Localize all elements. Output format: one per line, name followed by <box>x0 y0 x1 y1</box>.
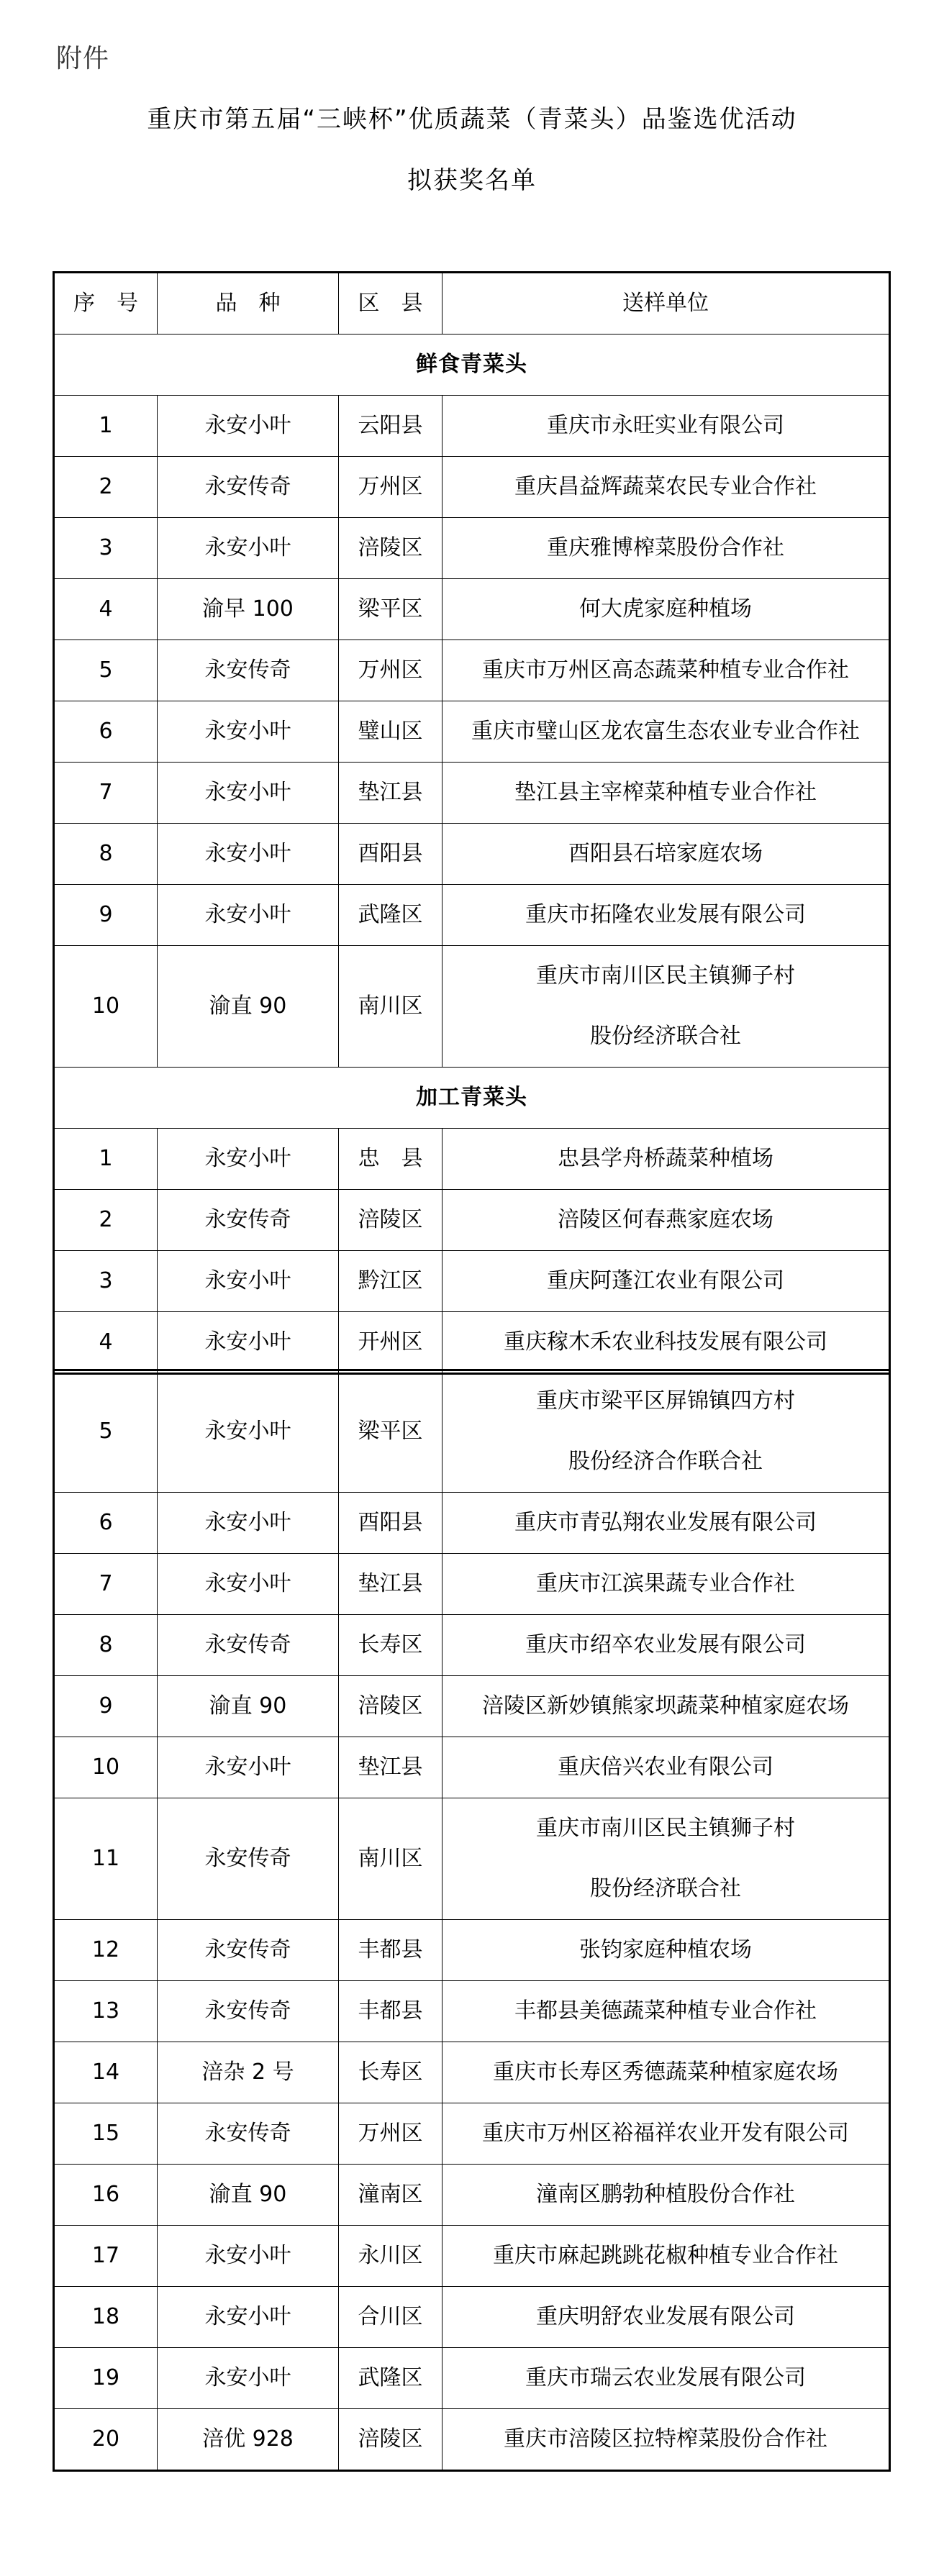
cell-variety: 永安小叶 <box>158 1251 339 1312</box>
cell-district: 长寿区 <box>339 1615 442 1676</box>
sender-unit-line: 重庆市南川区民主镇狮子村 <box>442 946 889 1006</box>
cell-sender-unit: 重庆市长寿区秀德蔬菜种植家庭农场 <box>442 2042 890 2103</box>
cell-variety: 永安传奇 <box>158 1798 339 1920</box>
cell-variety: 永安小叶 <box>158 1493 339 1554</box>
cell-variety: 永安小叶 <box>158 1737 339 1798</box>
cell-seq-no: 14 <box>54 2042 158 2103</box>
cell-variety: 永安小叶 <box>158 518 339 579</box>
cell-district: 黔江区 <box>339 1251 442 1312</box>
cell-sender-unit: 张钧家庭种植农场 <box>442 1920 890 1981</box>
sender-unit-line: 重庆雅博榨菜股份合作社 <box>442 518 889 578</box>
header-variety: 品 种 <box>158 273 339 334</box>
cell-variety: 永安传奇 <box>158 640 339 701</box>
cell-seq-no: 5 <box>54 640 158 701</box>
sender-unit-line: 重庆市绍卒农业发展有限公司 <box>442 1615 889 1675</box>
cell-sender-unit: 重庆阿蓬江农业有限公司 <box>442 1251 890 1312</box>
sender-unit-line: 重庆市青弘翔农业发展有限公司 <box>442 1493 889 1553</box>
cell-seq-no: 12 <box>54 1920 158 1981</box>
table-row: 20涪优 928涪陵区重庆市涪陵区拉特榨菜股份合作社 <box>54 2409 890 2471</box>
sender-unit-line: 股份经济联合社 <box>442 1859 889 1919</box>
cell-district: 涪陵区 <box>339 518 442 579</box>
sender-unit-line: 股份经济合作联合社 <box>442 1432 889 1492</box>
cell-seq-no: 8 <box>54 824 158 885</box>
cell-seq-no: 10 <box>54 1737 158 1798</box>
section-row: 鲜食青菜头 <box>54 334 890 396</box>
cell-sender-unit: 重庆市万州区裕福祥农业开发有限公司 <box>442 2103 890 2165</box>
table-row: 5永安传奇万州区重庆市万州区高态蔬菜种植专业合作社 <box>54 640 890 701</box>
cell-variety: 永安小叶 <box>158 1554 339 1615</box>
cell-seq-no: 16 <box>54 2165 158 2226</box>
cell-district: 万州区 <box>339 457 442 518</box>
table-row: 9渝直 90涪陵区涪陵区新妙镇熊家坝蔬菜种植家庭农场 <box>54 1676 890 1737</box>
cell-seq-no: 9 <box>54 1676 158 1737</box>
table-row: 9永安小叶武隆区重庆市拓隆农业发展有限公司 <box>54 885 890 946</box>
cell-seq-no: 9 <box>54 885 158 946</box>
cell-district: 武隆区 <box>339 2348 442 2409</box>
cell-seq-no: 20 <box>54 2409 158 2471</box>
table-row: 6永安小叶璧山区重庆市璧山区龙农富生态农业专业合作社 <box>54 701 890 763</box>
table-row: 1永安小叶忠 县忠县学舟桥蔬菜种植场 <box>54 1129 890 1190</box>
cell-sender-unit: 重庆市瑞云农业发展有限公司 <box>442 2348 890 2409</box>
cell-sender-unit: 何大虎家庭种植场 <box>442 579 890 640</box>
cell-district: 涪陵区 <box>339 1190 442 1251</box>
section-title: 鲜食青菜头 <box>54 334 890 396</box>
table-row: 8永安传奇长寿区重庆市绍卒农业发展有限公司 <box>54 1615 890 1676</box>
cell-variety: 永安小叶 <box>158 2348 339 2409</box>
table-row: 14涪杂 2 号长寿区重庆市长寿区秀德蔬菜种植家庭农场 <box>54 2042 890 2103</box>
sender-unit-line: 重庆市拓隆农业发展有限公司 <box>442 885 889 945</box>
cell-seq-no: 11 <box>54 1798 158 1920</box>
cell-variety: 永安小叶 <box>158 1129 339 1190</box>
sender-unit-line: 重庆市梁平区屏锦镇四方村 <box>442 1371 889 1432</box>
sender-unit-line: 垫江县主宰榨菜种植专业合作社 <box>442 763 889 823</box>
cell-variety: 永安小叶 <box>158 2287 339 2348</box>
sender-unit-line: 重庆市璧山区龙农富生态农业专业合作社 <box>442 701 889 762</box>
cell-seq-no: 2 <box>54 457 158 518</box>
cell-district: 忠 县 <box>339 1129 442 1190</box>
cell-sender-unit: 涪陵区新妙镇熊家坝蔬菜种植家庭农场 <box>442 1676 890 1737</box>
cell-sender-unit: 酉阳县石培家庭农场 <box>442 824 890 885</box>
cell-sender-unit: 重庆明舒农业发展有限公司 <box>442 2287 890 2348</box>
table-row: 12永安传奇丰都县张钧家庭种植农场 <box>54 1920 890 1981</box>
cell-district: 丰都县 <box>339 1981 442 2042</box>
table-row: 18永安小叶合川区重庆明舒农业发展有限公司 <box>54 2287 890 2348</box>
cell-district: 开州区 <box>339 1312 442 1374</box>
cell-sender-unit: 重庆雅博榨菜股份合作社 <box>442 518 890 579</box>
cell-district: 长寿区 <box>339 2042 442 2103</box>
cell-district: 梁平区 <box>339 1370 442 1493</box>
sender-unit-line: 酉阳县石培家庭农场 <box>442 824 889 884</box>
sender-unit-line: 何大虎家庭种植场 <box>442 579 889 640</box>
cell-sender-unit: 涪陵区何春燕家庭农场 <box>442 1190 890 1251</box>
cell-variety: 永安小叶 <box>158 701 339 763</box>
header-seq-no: 序 号 <box>54 273 158 334</box>
cell-seq-no: 6 <box>54 1493 158 1554</box>
cell-sender-unit: 忠县学舟桥蔬菜种植场 <box>442 1129 890 1190</box>
table-row: 7永安小叶垫江县垫江县主宰榨菜种植专业合作社 <box>54 763 890 824</box>
table-row: 19永安小叶武隆区重庆市瑞云农业发展有限公司 <box>54 2348 890 2409</box>
cell-district: 南川区 <box>339 1798 442 1920</box>
cell-variety: 永安小叶 <box>158 396 339 457</box>
cell-variety: 永安小叶 <box>158 824 339 885</box>
cell-seq-no: 5 <box>54 1370 158 1493</box>
cell-district: 云阳县 <box>339 396 442 457</box>
sender-unit-line: 重庆市万州区高态蔬菜种植专业合作社 <box>442 640 889 701</box>
cell-seq-no: 7 <box>54 763 158 824</box>
table-row: 7永安小叶垫江县重庆市江滨果蔬专业合作社 <box>54 1554 890 1615</box>
sender-unit-line: 重庆市万州区裕福祥农业开发有限公司 <box>442 2103 889 2164</box>
document-subtitle: 拟获奖名单 <box>0 164 944 197</box>
sender-unit-line: 重庆市长寿区秀德蔬菜种植家庭农场 <box>442 2042 889 2103</box>
cell-seq-no: 7 <box>54 1554 158 1615</box>
document-title: 重庆市第五届“三峡杯”优质蔬菜（青菜头）品鉴选优活动 <box>0 103 944 136</box>
cell-variety: 永安传奇 <box>158 457 339 518</box>
cell-district: 涪陵区 <box>339 1676 442 1737</box>
cell-variety: 渝直 90 <box>158 1676 339 1737</box>
cell-seq-no: 10 <box>54 946 158 1068</box>
cell-variety: 永安传奇 <box>158 1981 339 2042</box>
cell-sender-unit: 重庆市绍卒农业发展有限公司 <box>442 1615 890 1676</box>
cell-variety: 渝早 100 <box>158 579 339 640</box>
attachment-label: 附件 <box>56 43 109 75</box>
cell-seq-no: 6 <box>54 701 158 763</box>
cell-sender-unit: 重庆稼木禾农业科技发展有限公司 <box>442 1312 890 1374</box>
cell-district: 万州区 <box>339 640 442 701</box>
table-row: 16渝直 90潼南区潼南区鹏勃种植股份合作社 <box>54 2165 890 2226</box>
cell-variety: 涪优 928 <box>158 2409 339 2471</box>
table-row: 10永安小叶垫江县重庆倍兴农业有限公司 <box>54 1737 890 1798</box>
sender-unit-line: 重庆明舒农业发展有限公司 <box>442 2287 889 2347</box>
cell-seq-no: 4 <box>54 1312 158 1374</box>
table-row: 4永安小叶开州区重庆稼木禾农业科技发展有限公司 <box>54 1312 890 1374</box>
cell-district: 潼南区 <box>339 2165 442 2226</box>
cell-sender-unit: 重庆市青弘翔农业发展有限公司 <box>442 1493 890 1554</box>
cell-district: 垫江县 <box>339 1554 442 1615</box>
sender-unit-line: 涪陵区何春燕家庭农场 <box>442 1190 889 1250</box>
header-district: 区 县 <box>339 273 442 334</box>
cell-sender-unit: 重庆市永旺实业有限公司 <box>442 396 890 457</box>
cell-seq-no: 1 <box>54 396 158 457</box>
cell-seq-no: 15 <box>54 2103 158 2165</box>
cell-seq-no: 13 <box>54 1981 158 2042</box>
cell-seq-no: 2 <box>54 1190 158 1251</box>
cell-seq-no: 19 <box>54 2348 158 2409</box>
cell-district: 垫江县 <box>339 763 442 824</box>
table-row: 17永安小叶永川区重庆市麻起跳跳花椒种植专业合作社 <box>54 2226 890 2287</box>
table-row: 3永安小叶涪陵区重庆雅博榨菜股份合作社 <box>54 518 890 579</box>
sender-unit-line: 张钧家庭种植农场 <box>442 1920 889 1980</box>
cell-district: 武隆区 <box>339 885 442 946</box>
table-row: 15永安传奇万州区重庆市万州区裕福祥农业开发有限公司 <box>54 2103 890 2165</box>
cell-seq-no: 4 <box>54 579 158 640</box>
award-table-part-2: 5永安小叶梁平区重庆市梁平区屏锦镇四方村股份经济合作联合社6永安小叶酉阳县重庆市… <box>53 1369 891 2472</box>
sender-unit-line: 重庆稼木禾农业科技发展有限公司 <box>442 1312 889 1373</box>
cell-sender-unit: 垫江县主宰榨菜种植专业合作社 <box>442 763 890 824</box>
section-title: 加工青菜头 <box>54 1068 890 1129</box>
cell-sender-unit: 重庆昌益辉蔬菜农民专业合作社 <box>442 457 890 518</box>
cell-variety: 永安传奇 <box>158 1615 339 1676</box>
cell-sender-unit: 重庆市南川区民主镇狮子村股份经济联合社 <box>442 946 890 1068</box>
cell-district: 永川区 <box>339 2226 442 2287</box>
cell-district: 璧山区 <box>339 701 442 763</box>
cell-variety: 永安小叶 <box>158 1312 339 1374</box>
cell-sender-unit: 重庆倍兴农业有限公司 <box>442 1737 890 1798</box>
sender-unit-line: 重庆市江滨果蔬专业合作社 <box>442 1554 889 1614</box>
sender-unit-line: 涪陵区新妙镇熊家坝蔬菜种植家庭农场 <box>442 1676 889 1737</box>
cell-seq-no: 17 <box>54 2226 158 2287</box>
cell-district: 万州区 <box>339 2103 442 2165</box>
cell-district: 南川区 <box>339 946 442 1068</box>
cell-sender-unit: 重庆市拓隆农业发展有限公司 <box>442 885 890 946</box>
cell-sender-unit: 潼南区鹏勃种植股份合作社 <box>442 2165 890 2226</box>
table-row: 1永安小叶云阳县重庆市永旺实业有限公司 <box>54 396 890 457</box>
sender-unit-line: 重庆阿蓬江农业有限公司 <box>442 1251 889 1311</box>
cell-seq-no: 3 <box>54 1251 158 1312</box>
table-row: 8永安小叶酉阳县酉阳县石培家庭农场 <box>54 824 890 885</box>
sender-unit-line: 重庆市南川区民主镇狮子村 <box>442 1798 889 1859</box>
sender-unit-line: 重庆市瑞云农业发展有限公司 <box>442 2348 889 2408</box>
header-sender-unit: 送样单位 <box>442 273 890 334</box>
cell-variety: 涪杂 2 号 <box>158 2042 339 2103</box>
sender-unit-line: 重庆昌益辉蔬菜农民专业合作社 <box>442 457 889 517</box>
table-row: 2永安传奇涪陵区涪陵区何春燕家庭农场 <box>54 1190 890 1251</box>
award-table-part-1: 序 号品 种区 县送样单位鲜食青菜头1永安小叶云阳县重庆市永旺实业有限公司2永安… <box>53 271 891 1375</box>
cell-sender-unit: 重庆市南川区民主镇狮子村股份经济联合社 <box>442 1798 890 1920</box>
cell-district: 涪陵区 <box>339 2409 442 2471</box>
cell-variety: 渝直 90 <box>158 2165 339 2226</box>
cell-variety: 永安小叶 <box>158 1370 339 1493</box>
sender-unit-line: 忠县学舟桥蔬菜种植场 <box>442 1129 889 1189</box>
table-row: 6永安小叶酉阳县重庆市青弘翔农业发展有限公司 <box>54 1493 890 1554</box>
cell-sender-unit: 重庆市麻起跳跳花椒种植专业合作社 <box>442 2226 890 2287</box>
sender-unit-line: 潼南区鹏勃种植股份合作社 <box>442 2165 889 2225</box>
cell-variety: 永安传奇 <box>158 1190 339 1251</box>
cell-sender-unit: 重庆市江滨果蔬专业合作社 <box>442 1554 890 1615</box>
cell-variety: 永安小叶 <box>158 885 339 946</box>
sender-unit-line: 重庆市永旺实业有限公司 <box>442 396 889 456</box>
sender-unit-line: 重庆市涪陵区拉特榨菜股份合作社 <box>442 2409 889 2470</box>
cell-variety: 永安小叶 <box>158 763 339 824</box>
table-row: 3永安小叶黔江区重庆阿蓬江农业有限公司 <box>54 1251 890 1312</box>
table-row: 13永安传奇丰都县丰都县美德蔬菜种植专业合作社 <box>54 1981 890 2042</box>
cell-sender-unit: 重庆市涪陵区拉特榨菜股份合作社 <box>442 2409 890 2471</box>
cell-sender-unit: 重庆市璧山区龙农富生态农业专业合作社 <box>442 701 890 763</box>
cell-district: 酉阳县 <box>339 824 442 885</box>
cell-district: 梁平区 <box>339 579 442 640</box>
sender-unit-line: 丰都县美德蔬菜种植专业合作社 <box>442 1981 889 2042</box>
cell-district: 合川区 <box>339 2287 442 2348</box>
cell-variety: 永安小叶 <box>158 2226 339 2287</box>
table-row: 10渝直 90南川区重庆市南川区民主镇狮子村股份经济联合社 <box>54 946 890 1068</box>
cell-district: 酉阳县 <box>339 1493 442 1554</box>
cell-seq-no: 8 <box>54 1615 158 1676</box>
cell-seq-no: 1 <box>54 1129 158 1190</box>
cell-district: 丰都县 <box>339 1920 442 1981</box>
table-row: 11永安传奇南川区重庆市南川区民主镇狮子村股份经济联合社 <box>54 1798 890 1920</box>
table-row: 5永安小叶梁平区重庆市梁平区屏锦镇四方村股份经济合作联合社 <box>54 1370 890 1493</box>
cell-sender-unit: 丰都县美德蔬菜种植专业合作社 <box>442 1981 890 2042</box>
table-header-row: 序 号品 种区 县送样单位 <box>54 273 890 334</box>
sender-unit-line: 股份经济联合社 <box>442 1006 889 1067</box>
cell-seq-no: 18 <box>54 2287 158 2348</box>
cell-sender-unit: 重庆市万州区高态蔬菜种植专业合作社 <box>442 640 890 701</box>
section-row: 加工青菜头 <box>54 1068 890 1129</box>
table-row: 4渝早 100梁平区何大虎家庭种植场 <box>54 579 890 640</box>
cell-variety: 永安传奇 <box>158 2103 339 2165</box>
table-row: 2永安传奇万州区重庆昌益辉蔬菜农民专业合作社 <box>54 457 890 518</box>
cell-seq-no: 3 <box>54 518 158 579</box>
cell-sender-unit: 重庆市梁平区屏锦镇四方村股份经济合作联合社 <box>442 1370 890 1493</box>
cell-district: 垫江县 <box>339 1737 442 1798</box>
sender-unit-line: 重庆倍兴农业有限公司 <box>442 1737 889 1798</box>
cell-variety: 渝直 90 <box>158 946 339 1068</box>
cell-variety: 永安传奇 <box>158 1920 339 1981</box>
sender-unit-line: 重庆市麻起跳跳花椒种植专业合作社 <box>442 2226 889 2286</box>
